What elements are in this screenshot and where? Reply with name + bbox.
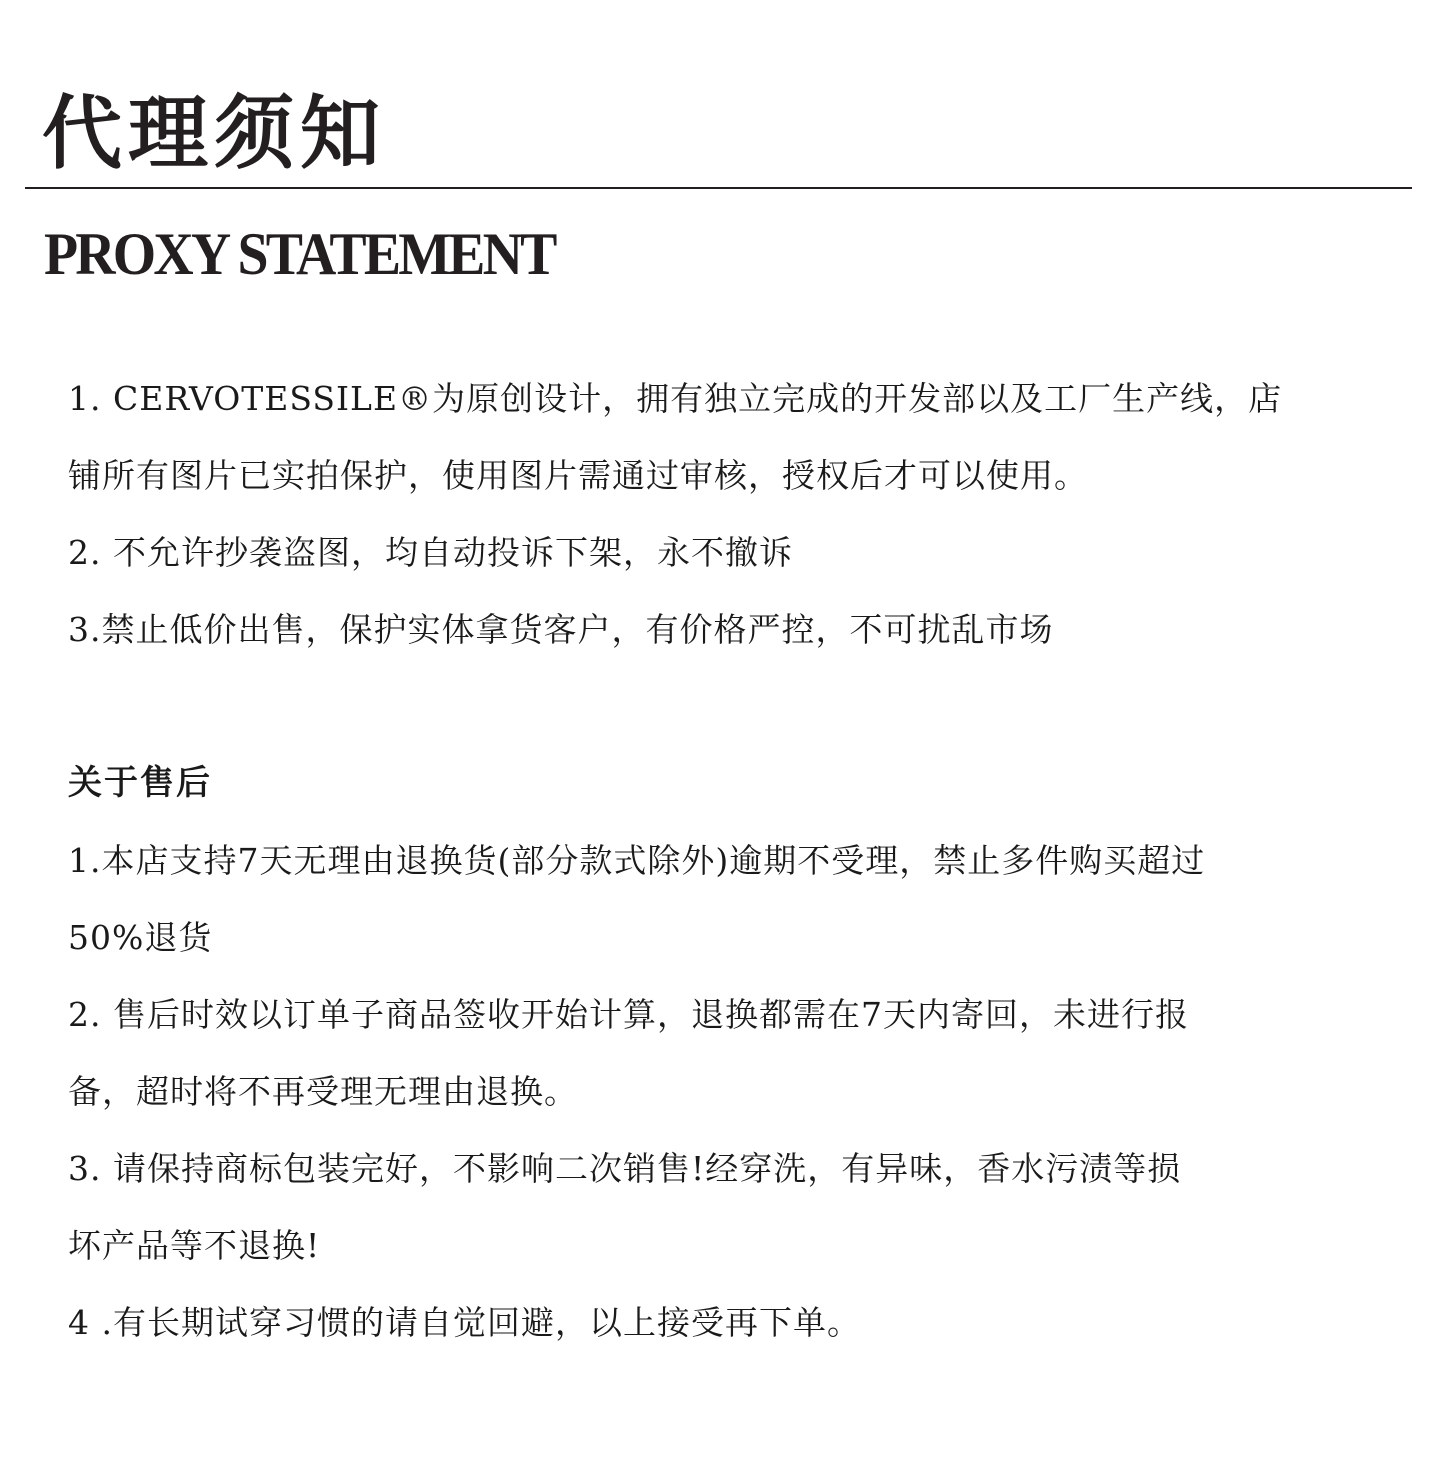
page-title-chinese: 代理须知 [42, 88, 386, 178]
proxy-notice-line: 3.禁止低价出售，保护实体拿货客户，有价格严控，不可扰乱市场 [68, 591, 1388, 668]
page-title-english: PROXY STATEMENT [44, 222, 555, 286]
after-sale-line: 备，超时将不再受理无理由退换。 [68, 1053, 1388, 1130]
proxy-notice-section: 1. CERVOTESSILE®为原创设计，拥有独立完成的开发部以及工厂生产线，… [68, 360, 1388, 668]
after-sale-line: 1.本店支持7天无理由退换货(部分款式除外)逾期不受理，禁止多件购买超过 [68, 822, 1388, 899]
proxy-notice-line: 2. 不允许抄袭盗图，均自动投诉下架，永不撤诉 [68, 514, 1388, 591]
after-sale-line: 3. 请保持商标包装完好，不影响二次销售!经穿洗，有异味，香水污渍等损 [68, 1130, 1388, 1207]
proxy-notice-line: 1. CERVOTESSILE®为原创设计，拥有独立完成的开发部以及工厂生产线，… [68, 360, 1388, 437]
title-divider [25, 187, 1412, 189]
after-sale-section: 关于售后 1.本店支持7天无理由退换货(部分款式除外)逾期不受理，禁止多件购买超… [68, 745, 1388, 1361]
after-sale-line: 2. 售后时效以订单子商品签收开始计算，退换都需在7天内寄回，未进行报 [68, 976, 1388, 1053]
after-sale-line: 50%退货 [68, 899, 1388, 976]
proxy-notice-line: 铺所有图片已实拍保护，使用图片需通过审核，授权后才可以使用。 [68, 437, 1388, 514]
after-sale-heading: 关于售后 [68, 745, 1388, 822]
after-sale-line: 4 .有长期试穿习惯的请自觉回避，以上接受再下单。 [68, 1284, 1388, 1361]
after-sale-line: 坏产品等不退换! [68, 1207, 1388, 1284]
